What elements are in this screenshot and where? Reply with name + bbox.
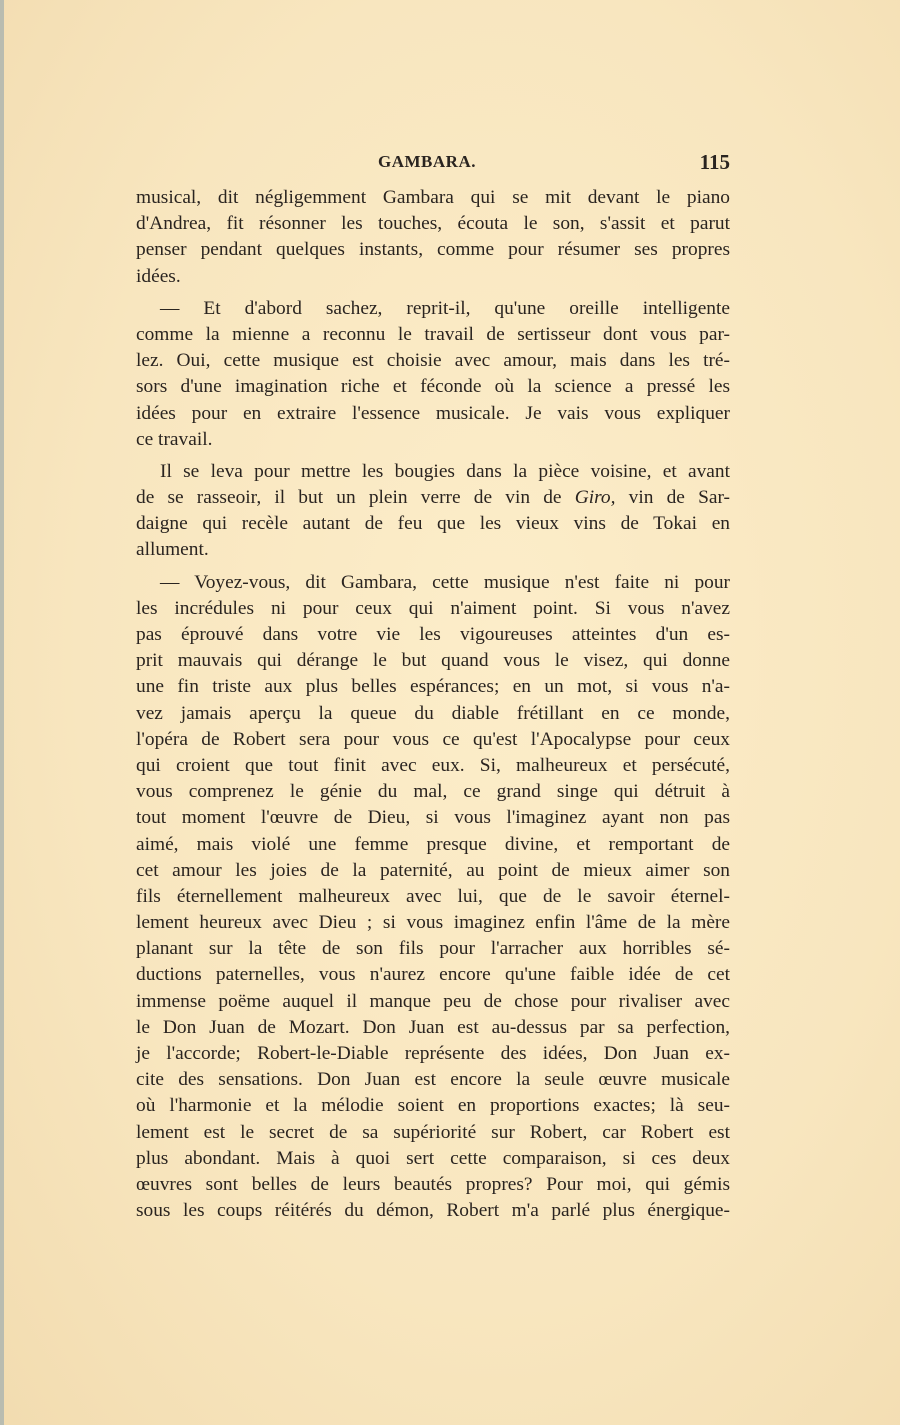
text-line: Il se leva pour mettre les bougies dans … [136, 459, 730, 485]
text-line: œuvres sont belles de leurs beautés prop… [136, 1172, 730, 1198]
text-line: ce travail. [136, 427, 730, 453]
text-line: l'opéra de Robert sera pour vous ce qu'e… [136, 727, 730, 753]
text-line: les incrédules ni pour ceux qui n'aiment… [136, 596, 730, 622]
text-line: lement est le secret de sa supériorité s… [136, 1120, 730, 1146]
paragraph: Il se leva pour mettre les bougies dans … [136, 459, 730, 564]
text-line: lez. Oui, cette musique est choisie avec… [136, 348, 730, 374]
running-title: GAMBARA. [378, 152, 476, 172]
text-line: immense poëme auquel il manque peu de ch… [136, 989, 730, 1015]
text-line: vous comprenez le génie du mal, ce grand… [136, 779, 730, 805]
text-line: — Voyez-vous, dit Gambara, cette musique… [136, 570, 730, 596]
text-line: qui croient que tout finit avec eux. Si,… [136, 753, 730, 779]
text-line: daigne qui recèle autant de feu que les … [136, 511, 730, 537]
text-line: où l'harmonie et la mélodie soient en pr… [136, 1093, 730, 1119]
paragraph: — Voyez-vous, dit Gambara, cette musique… [136, 570, 730, 1225]
text-line: lement heureux avec Dieu ; si vous imagi… [136, 910, 730, 936]
text-line: penser pendant quelques instants, comme … [136, 237, 730, 263]
page-number: 115 [700, 150, 730, 175]
text-line: idées pour en extraire l'essence musical… [136, 401, 730, 427]
running-header: GAMBARA. 115 [136, 152, 730, 176]
text-line: — Et d'abord sachez, reprit-il, qu'une o… [136, 296, 730, 322]
text-line: cet amour les joies de la paternité, au … [136, 858, 730, 884]
text-line: de se rasseoir, il but un plein verre de… [136, 485, 730, 511]
text-line: aimé, mais violé une femme presque divin… [136, 832, 730, 858]
text-line: musical, dit négligemment Gambara qui se… [136, 185, 730, 211]
text-line: ductions paternelles, vous n'aurez encor… [136, 962, 730, 988]
text-line: une fin triste aux plus belles espérance… [136, 674, 730, 700]
text-line: d'Andrea, fit résonner les touches, écou… [136, 211, 730, 237]
text-line: fils éternellement malheureux avec lui, … [136, 884, 730, 910]
text-line: pas éprouvé dans votre vie les vigoureus… [136, 622, 730, 648]
body-text: musical, dit négligemment Gambara qui se… [136, 185, 730, 1224]
paragraph: musical, dit négligemment Gambara qui se… [136, 185, 730, 290]
text-line: plus abondant. Mais à quoi sert cette co… [136, 1146, 730, 1172]
text-line: planant sur la tête de son fils pour l'a… [136, 936, 730, 962]
text-line: tout moment l'œuvre de Dieu, si vous l'i… [136, 805, 730, 831]
text-line: cite des sensations. Don Juan est encore… [136, 1067, 730, 1093]
text-line: idées. [136, 264, 730, 290]
text-line: sous les coups réitérés du démon, Robert… [136, 1198, 730, 1224]
italic-wine-name: Giro, [575, 487, 616, 508]
text-line: allument. [136, 537, 730, 563]
text-line: vez jamais aperçu la queue du diable fré… [136, 701, 730, 727]
text-line: comme la mienne a reconnu le travail de … [136, 322, 730, 348]
text-line: je l'accorde; Robert-le-Diable représent… [136, 1041, 730, 1067]
paragraph: — Et d'abord sachez, reprit-il, qu'une o… [136, 296, 730, 453]
text-line: sors d'une imagination riche et féconde … [136, 374, 730, 400]
text-line: prit mauvais qui dérange le but quand vo… [136, 648, 730, 674]
text-line: le Don Juan de Mozart. Don Juan est au-d… [136, 1015, 730, 1041]
